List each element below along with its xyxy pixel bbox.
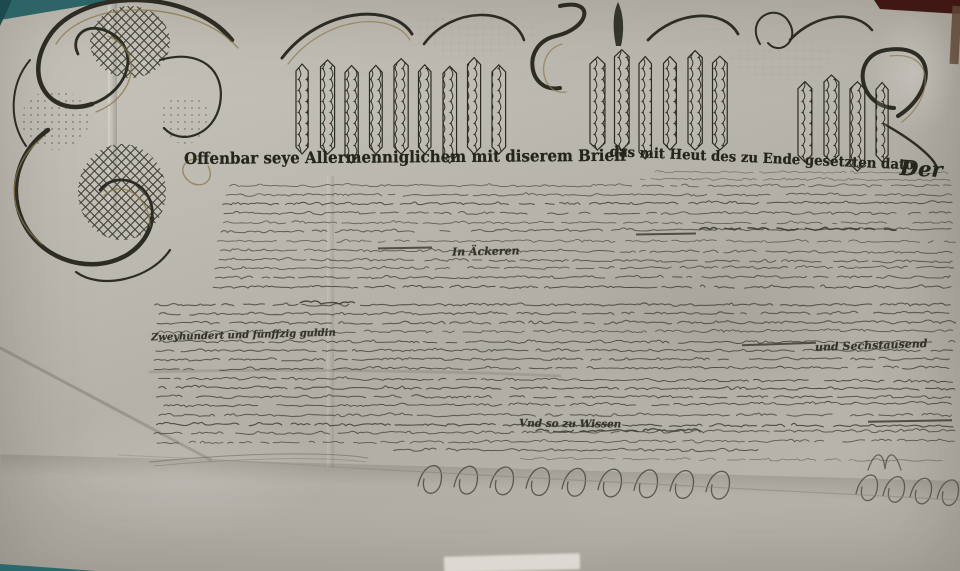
heading-subtitle-terminal: Der <box>899 155 943 182</box>
underline-stroke <box>378 247 432 250</box>
script-stroke <box>230 183 951 187</box>
fragment-und-so-zu-wissen: Vnd so zu Wissen <box>519 418 621 431</box>
script-stroke <box>615 50 630 150</box>
script-stroke <box>394 448 758 451</box>
script-stroke <box>824 75 839 162</box>
script-stroke <box>296 64 308 154</box>
photograph: Offenbar seye Allermenniglichem mit dise… <box>0 0 960 571</box>
script-stroke <box>868 455 901 470</box>
script-stroke <box>700 227 896 230</box>
script-stroke <box>321 60 335 154</box>
script-stroke <box>713 56 728 150</box>
script-stroke <box>159 385 955 390</box>
script-stroke <box>520 458 942 462</box>
script-stroke <box>688 51 702 150</box>
script-stroke <box>226 193 951 197</box>
fragment-sum-gulden: Zweyhundert und fünffzig guldin <box>151 328 336 344</box>
script-stroke <box>590 57 605 150</box>
parchment-fold-vertical-left <box>108 0 117 212</box>
parchment-highlight <box>30 400 330 540</box>
script-stroke <box>468 58 481 154</box>
fragment-sechstausend: und Sechstausend <box>815 337 928 354</box>
heading-subtitle-left: Offenbar seye Allermenniglichem mit dise… <box>184 146 626 168</box>
script-stroke <box>164 401 952 407</box>
script-stroke <box>370 65 383 154</box>
underline-stroke <box>868 419 952 422</box>
script-stroke <box>156 395 950 399</box>
parchment-curled-corner <box>872 8 958 138</box>
script-stroke <box>492 65 506 154</box>
script-stroke <box>798 82 812 162</box>
parchment-shading <box>560 240 900 400</box>
leaf-spike <box>614 2 623 46</box>
bright-patch <box>444 553 580 571</box>
heading-subtitle-right: das mit Heut des zu Ende gesetzten dato <box>609 144 914 173</box>
parchment-fold-vertical-center <box>327 176 334 468</box>
script-stroke <box>394 59 408 154</box>
script-stroke <box>639 57 651 159</box>
table-background-bottom-left <box>0 560 96 571</box>
script-stroke <box>419 65 431 154</box>
table-background-top-left <box>0 0 118 20</box>
script-stroke <box>664 56 677 150</box>
ornate-initial <box>14 0 238 281</box>
fragment-in-aeckeren: In Äckeren <box>452 244 520 258</box>
underline-stroke <box>636 232 696 235</box>
script-stroke <box>150 370 560 376</box>
